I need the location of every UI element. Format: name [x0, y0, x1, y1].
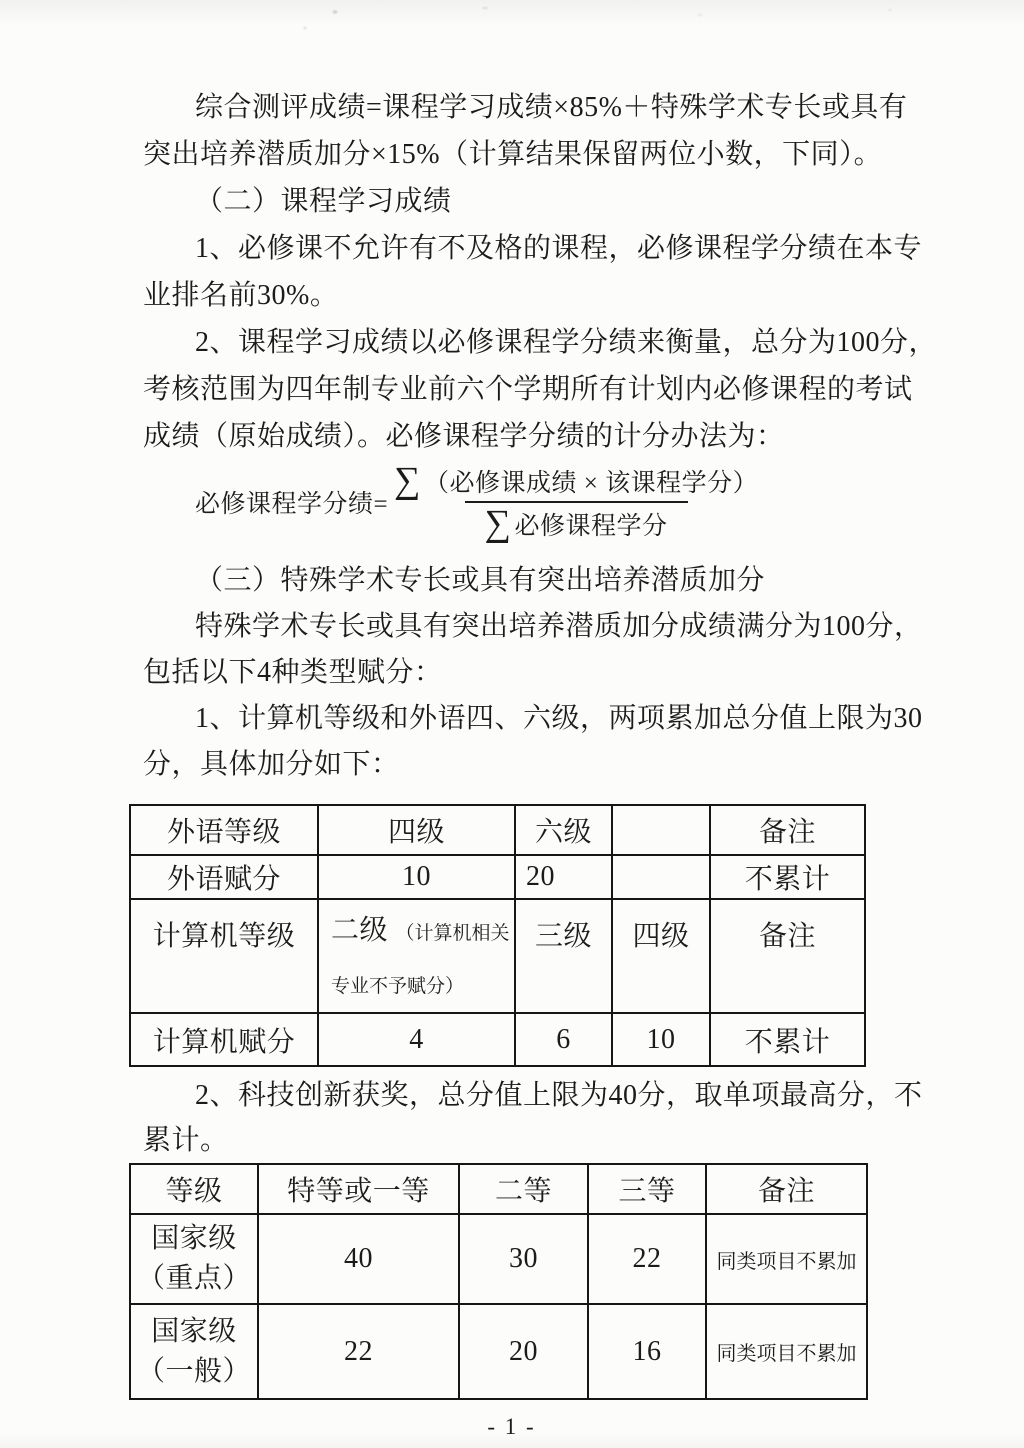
para-computer-language-line1: 1、计算机等级和外语四、六级，两项累加总分值上限为30	[143, 696, 880, 742]
formula-numerator: ∑（必修课成绩 × 该课程学分）	[390, 462, 762, 501]
table-cell-level: 国家级 （一般）	[130, 1304, 258, 1399]
table-row: 外语赋分 10 20 不累计	[130, 855, 865, 899]
table-row: 国家级 （一般） 22 20 16 同类项目不累加	[130, 1304, 867, 1399]
table-cell: 10	[612, 1013, 710, 1066]
table-cell: 计算机等级	[130, 899, 318, 1013]
sigma-symbol: ∑	[394, 462, 421, 499]
document-page: 综合测评成绩=课程学习成绩×85%＋特殊学术专长或具有 突出培养潜质加分×15%…	[0, 0, 1024, 1448]
language-computer-score-table: 外语等级 四级 六级 备注 外语赋分 10 20 不累计 计算机等级 二级 （计…	[129, 804, 866, 1067]
para-computer-language-line2: 分，具体加分如下：	[143, 742, 880, 788]
table-cell: 4	[318, 1013, 515, 1066]
para-item1-line1: 1、必修课不允许有不及格的课程，必修课程学分绩在本专	[143, 225, 880, 272]
table-cell: 6	[515, 1013, 612, 1066]
table-cell: 22	[258, 1304, 459, 1399]
table-cell-computer-level2: 二级 （计算机相关专业不予赋分）	[318, 899, 515, 1013]
table-row: 计算机等级 二级 （计算机相关专业不予赋分） 三级 四级 备注	[130, 899, 865, 1013]
table-cell: 六级	[515, 805, 612, 855]
table-row: 计算机赋分 4 6 10 不累计	[130, 1013, 865, 1066]
table-cell: 不累计	[710, 855, 865, 899]
table-cell: 备注	[710, 805, 865, 855]
table-cell: 外语等级	[130, 805, 318, 855]
table-cell-level: 国家级 （重点）	[130, 1214, 258, 1304]
formula-denominator-text: 必修课程学分	[515, 506, 668, 542]
table-cell: 四级	[318, 805, 515, 855]
table-cell-note: 同类项目不累加	[706, 1304, 867, 1399]
para-item2-line3: 成绩（原始成绩）。必修课程学分绩的计分办法为：	[143, 413, 880, 460]
para-special-talent-line2: 包括以下4种类型赋分：	[143, 650, 880, 696]
level-line2: （一般）	[131, 1352, 257, 1392]
para-item2-line2: 考核范围为四年制专业前六个学期所有计划内必修课程的考试	[143, 366, 880, 413]
heading-section-3: （三）特殊学术专长或具有突出培养潜质加分	[143, 558, 880, 604]
table-header-cell: 二等	[459, 1164, 588, 1214]
table-cell	[612, 805, 710, 855]
table-cell: 三级	[515, 899, 612, 1013]
table-cell: 40	[258, 1214, 459, 1304]
para-tech-innovation-line2: 累计。	[143, 1118, 880, 1163]
level-line2: （重点）	[131, 1259, 257, 1299]
level2-label: 二级	[331, 915, 388, 946]
level-line1: 国家级	[131, 1312, 257, 1352]
formula-denominator: ∑必修课程学分	[465, 501, 688, 542]
table-header-cell: 等级	[130, 1164, 258, 1214]
table-cell: 16	[588, 1304, 706, 1399]
heading-section-2: （二）课程学习成绩	[143, 178, 880, 225]
sigma-symbol: ∑	[485, 505, 512, 542]
level-line1: 国家级	[131, 1219, 257, 1259]
table-header-cell: 备注	[706, 1164, 867, 1214]
table-cell: 计算机赋分	[130, 1013, 318, 1066]
table-cell: 四级	[612, 899, 710, 1013]
para-comprehensive-score-line1: 综合测评成绩=课程学习成绩×85%＋特殊学术专长或具有	[143, 84, 880, 131]
table-cell: 30	[459, 1214, 588, 1304]
table-cell: 10	[318, 855, 515, 899]
para-comprehensive-score-line2: 突出培养潜质加分×15%（计算结果保留两位小数，下同）。	[143, 131, 880, 178]
table-cell: 不累计	[710, 1013, 865, 1066]
document-content: 综合测评成绩=课程学习成绩×85%＋特殊学术专长或具有 突出培养潜质加分×15%…	[143, 84, 880, 1440]
tech-innovation-award-table: 等级 特等或一等 二等 三等 备注 国家级 （重点） 40 30 22 同类项目…	[129, 1163, 868, 1400]
table-cell-note: 同类项目不累加	[706, 1214, 867, 1304]
para-special-talent-line1: 特殊学术专长或具有突出培养潜质加分成绩满分为100分，	[143, 604, 880, 650]
para-item2-line1: 2、课程学习成绩以必修课程学分绩来衡量，总分为100分，	[143, 319, 880, 366]
para-tech-innovation-line1: 2、科技创新获奖，总分值上限为40分，取单项最高分，不	[143, 1073, 880, 1118]
formula-numerator-text: （必修课成绩 × 该课程学分）	[424, 463, 758, 499]
table-cell: 22	[588, 1214, 706, 1304]
para-item1-line2: 业排名前30%。	[143, 272, 880, 319]
formula-lhs: 必修课程学分绩=	[195, 484, 388, 520]
table-cell: 20	[515, 855, 612, 899]
table-row: 国家级 （重点） 40 30 22 同类项目不累加	[130, 1214, 867, 1304]
formula-fraction: ∑（必修课成绩 × 该课程学分） ∑必修课程学分	[390, 462, 762, 542]
table-cell: 外语赋分	[130, 855, 318, 899]
table-header-row: 等级 特等或一等 二等 三等 备注	[130, 1164, 867, 1214]
credit-gpa-formula: 必修课程学分绩= ∑（必修课成绩 × 该课程学分） ∑必修课程学分	[143, 460, 880, 544]
table-header-cell: 三等	[588, 1164, 706, 1214]
table-cell: 备注	[710, 899, 865, 1013]
table-cell	[612, 855, 710, 899]
page-number: - 1 -	[143, 1414, 880, 1440]
table-header-cell: 特等或一等	[258, 1164, 459, 1214]
table-cell: 20	[459, 1304, 588, 1399]
table-row: 外语等级 四级 六级 备注	[130, 805, 865, 855]
